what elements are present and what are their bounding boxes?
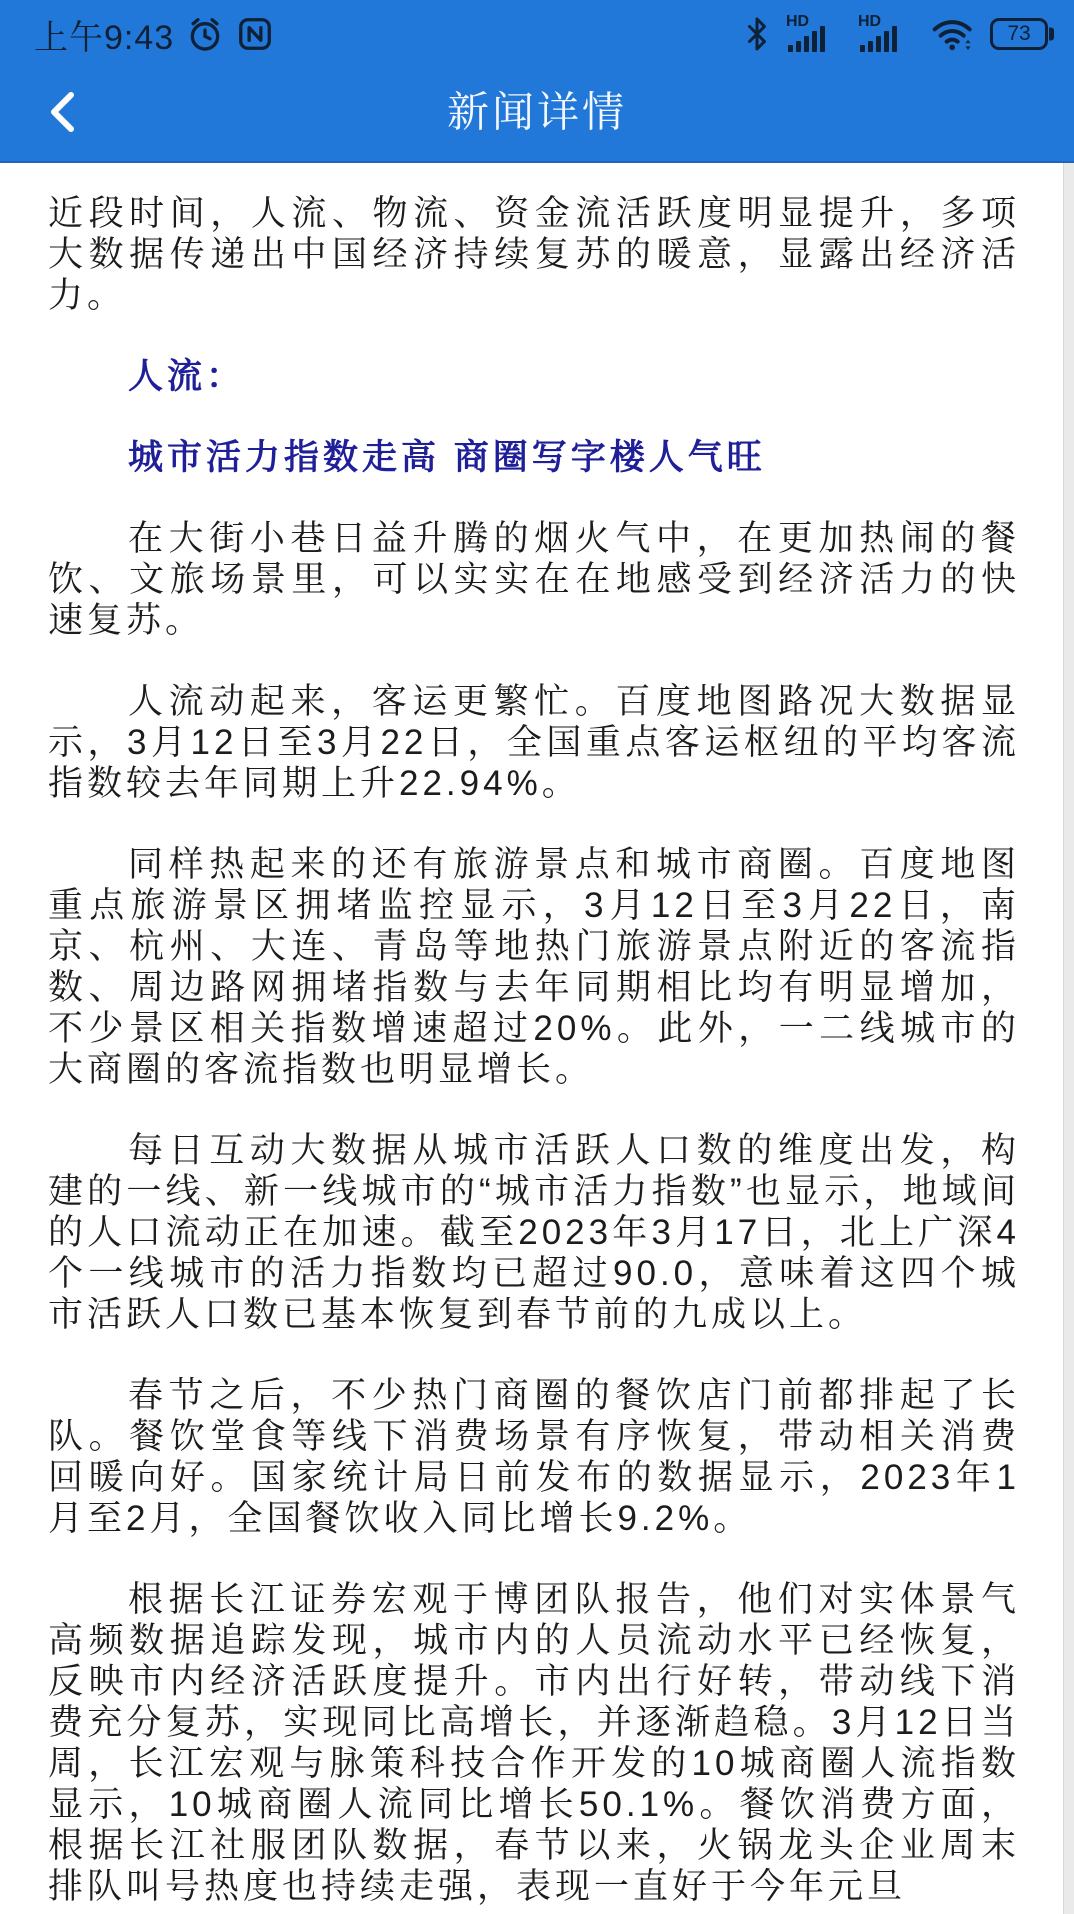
article-paragraph: 在大街小巷日益升腾的烟火气中，在更加热闹的餐饮、文旅场景里，可以实实在在地感受到…	[48, 518, 1020, 641]
status-bar-left: 上午9:43	[34, 10, 274, 59]
scrollbar[interactable]	[1063, 163, 1074, 1914]
article-heading: 人流：	[48, 356, 1020, 397]
bluetooth-icon	[742, 16, 772, 52]
battery-percent: 73	[1007, 22, 1030, 46]
article-heading: 城市活力指数走高 商圈写字楼人气旺	[48, 437, 1020, 478]
network-arrow-down	[966, 47, 971, 50]
network-arrow-up	[966, 40, 971, 43]
nfc-icon	[236, 15, 274, 53]
page-title: 新闻详情	[447, 79, 627, 139]
alarm-clock-icon	[186, 15, 224, 53]
article-content: 近段时间，人流、物流、资金流活跃度明显提升，多项大数据传递出中国经济持续复苏的暖…	[0, 163, 1074, 1907]
status-bar-right: HD HD	[742, 13, 1048, 55]
app-header: 上午9:43 HD	[0, 0, 1074, 163]
article-paragraph: 近段时间，人流、物流、资金流活跃度明显提升，多项大数据传递出中国经济持续复苏的暖…	[48, 193, 1020, 316]
battery-icon: 73	[990, 18, 1048, 50]
status-bar: 上午9:43 HD	[0, 0, 1074, 62]
article-paragraph: 根据长江证券宏观于博团队报告，他们对实体景气高频数据追踪发现，城市内的人员流动水…	[48, 1579, 1020, 1907]
wifi-icon	[930, 14, 976, 54]
back-button[interactable]	[40, 88, 84, 136]
nav-bar: 新闻详情	[0, 62, 1074, 161]
chevron-left-icon	[47, 90, 77, 134]
signal-strength-icon-sim2: HD	[858, 13, 916, 55]
signal-strength-icon-sim1: HD	[786, 13, 844, 55]
status-time: 上午9:43	[34, 10, 174, 59]
screen: 上午9:43 HD	[0, 0, 1074, 1914]
article-paragraph: 同样热起来的还有旅游景点和城市商圈。百度地图重点旅游景区拥堵监控显示，3月12日…	[48, 844, 1020, 1090]
article-paragraph: 人流动起来，客运更繁忙。百度地图路况大数据显示，3月12日至3月22日，全国重点…	[48, 681, 1020, 804]
article-paragraph: 每日互动大数据从城市活跃人口数的维度出发，构建的一线、新一线城市的“城市活力指数…	[48, 1130, 1020, 1335]
article-paragraph: 春节之后，不少热门商圈的餐饮店门前都排起了长队。餐饮堂食等线下消费场景有序恢复，…	[48, 1375, 1020, 1539]
